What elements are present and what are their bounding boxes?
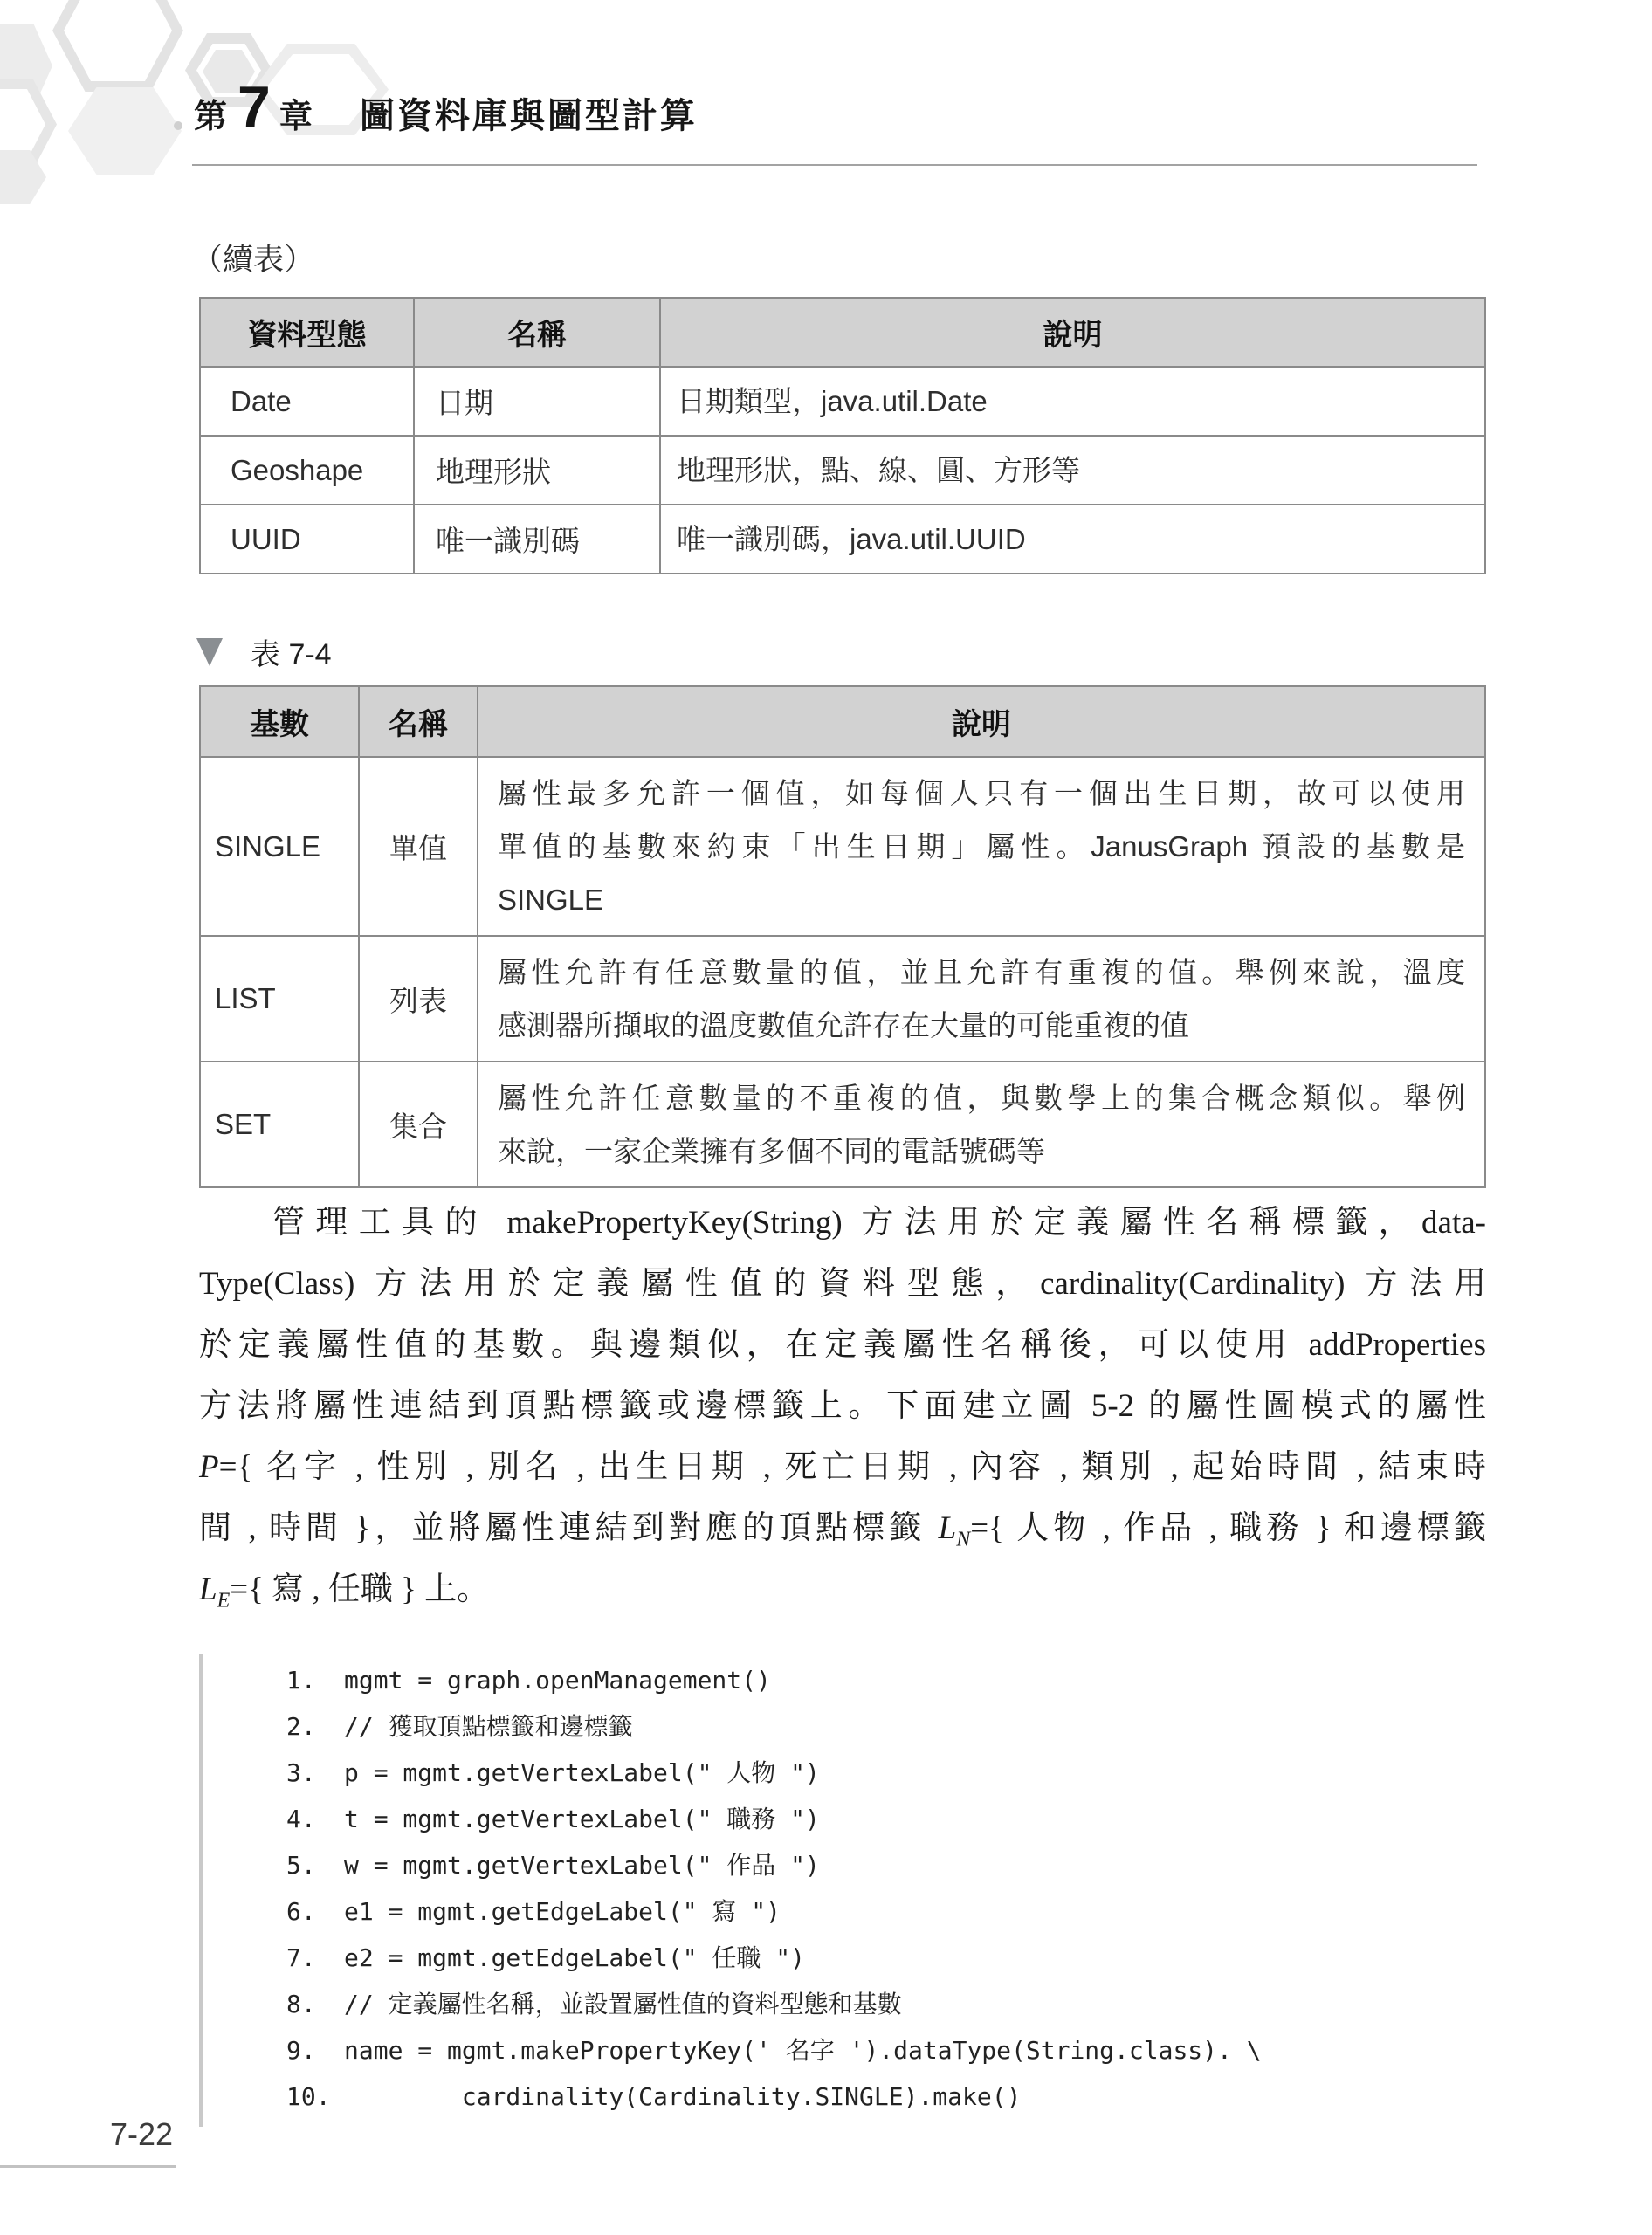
code-text: name = mgmt.makePropertyKey(' 名字 ').data… (344, 2027, 1262, 2073)
cardinality-table: 基數名稱說明 SINGLE單值屬性最多允許一個值，如每個人只有一個出生日期，故可… (199, 685, 1486, 1188)
cell-name: 地理形狀 (414, 436, 660, 505)
cell-description: 屬性允許任意數量的不重複的值，與數學上的集合概念類似。舉例來說，一家企業擁有多個… (478, 1062, 1485, 1187)
description-line: 來說，一家企業擁有多個不同的電話號碼等 (498, 1124, 1465, 1178)
cell-name: 唯一識別碼 (414, 505, 660, 574)
column-header: 名稱 (359, 686, 478, 757)
paragraph-text: ={ 寫 , 任職 } 上。 (230, 1571, 489, 1607)
code-text: w = mgmt.getVertexLabel(" 作品 ") (344, 1842, 820, 1888)
code-line: 1.mgmt = graph.openManagement() (203, 1657, 1452, 1703)
code-line-number: 9. (286, 2027, 344, 2073)
book-page: 第 7 章 圖資料庫與圖型計算 （續表） 資料型態名稱說明 Date日期日期類型… (0, 0, 1652, 2235)
cell-key: SET (200, 1062, 359, 1187)
code-line: 8.// 定義屬性名稱，並設置屬性值的資料型態和基數 (203, 1981, 1452, 2027)
code-line: 6.e1 = mgmt.getEdgeLabel(" 寫 ") (203, 1888, 1452, 1935)
column-header: 基數 (200, 686, 359, 757)
description-line: 屬性允許任意數量的不重複的值，與數學上的集合概念類似。舉例 (498, 1071, 1465, 1124)
code-line: 10. cardinality(Cardinality.SINGLE).make… (203, 2073, 1452, 2120)
description-line: 屬性允許有任意數量的值，並且允許有重複的值。舉例來說，溫度 (498, 946, 1465, 999)
cell-description: 屬性最多允許一個值，如每個人只有一個出生日期，故可以使用單值的基數來約束「出生日… (478, 757, 1485, 936)
description-line: 屬性最多允許一個值，如每個人只有一個出生日期，故可以使用 (498, 767, 1465, 820)
code-line-number: 6. (286, 1888, 344, 1935)
code-text: // 獲取頂點標籤和邊標籤 (344, 1703, 633, 1750)
cell-name: 集合 (359, 1062, 478, 1187)
paragraph-text: L (199, 1571, 217, 1607)
chapter-marker: 章 (279, 89, 313, 137)
code-text: e2 = mgmt.getEdgeLabel(" 任職 ") (344, 1935, 805, 1981)
cell-name: 單值 (359, 757, 478, 936)
code-text: // 定義屬性名稱，並設置屬性值的資料型態和基數 (344, 1981, 902, 2027)
column-header: 資料型態 (200, 298, 414, 367)
paragraph-text: E (217, 1589, 231, 1612)
code-line: 7.e2 = mgmt.getEdgeLabel(" 任職 ") (203, 1935, 1452, 1981)
description-line: SINGLE (498, 873, 1465, 926)
code-line-number: 4. (286, 1796, 344, 1842)
code-line-number: 5. (286, 1842, 344, 1888)
table-row: UUID唯一識別碼唯一識別碼，java.util.UUID (200, 505, 1485, 574)
hexagon-icon (52, 0, 183, 92)
paragraph-text: 於定義屬性值的基數。與邊類似，在定義屬性名稱後，可以使用 addProperti… (199, 1327, 1486, 1363)
description-line: 單值的基數來約束「出生日期」屬性。JanusGraph 預設的基數是 (498, 820, 1465, 873)
code-line-number: 7. (286, 1935, 344, 1981)
table-row: Geoshape地理形狀地理形狀，點、線、圓、方形等 (200, 436, 1485, 505)
paragraph-text: P (199, 1449, 219, 1485)
code-line-number: 10. (286, 2073, 344, 2120)
table-caption: 表 7-4 (196, 630, 332, 673)
code-line: 4.t = mgmt.getVertexLabel(" 職務 ") (203, 1796, 1452, 1842)
paragraph-text: ={ 名字 , 性別 , 別名 , 出生日期 , 死亡日期 , 內容 , 類別 … (219, 1449, 1486, 1485)
paragraph-line: 於定義屬性值的基數。與邊類似，在定義屬性名稱後，可以使用 addProperti… (199, 1315, 1486, 1376)
code-line-number: 3. (286, 1750, 344, 1796)
hexagon-icon (68, 87, 182, 175)
code-line: 5.w = mgmt.getVertexLabel(" 作品 ") (203, 1842, 1452, 1888)
cell-description: 地理形狀，點、線、圓、方形等 (660, 436, 1485, 505)
page-number: 7-22 (110, 2116, 173, 2152)
chapter-prefix: 第 (194, 89, 227, 137)
cell-key: Date (200, 367, 414, 436)
description-line: 地理形狀，點、線、圓、方形等 (677, 444, 1483, 497)
table-header-row: 基數名稱說明 (200, 686, 1485, 757)
chapter-header: 第 7 章 圖資料庫與圖型計算 (194, 73, 698, 141)
cell-name: 列表 (359, 936, 478, 1062)
code-text: p = mgmt.getVertexLabel(" 人物 ") (344, 1750, 820, 1796)
code-text: mgmt = graph.openManagement() (344, 1657, 771, 1703)
description-line: 唯一識別碼，java.util.UUID (677, 512, 1483, 566)
code-line: 3.p = mgmt.getVertexLabel(" 人物 ") (203, 1750, 1452, 1796)
paragraph-text: L (939, 1510, 957, 1546)
cell-description: 日期類型，java.util.Date (660, 367, 1485, 436)
paragraph-text: 間 , 時間 }，並將屬性連結到對應的頂點標籤 (199, 1510, 939, 1546)
code-line-number: 1. (286, 1657, 344, 1703)
description-line: 日期類型，java.util.Date (677, 375, 1483, 428)
cell-key: LIST (200, 936, 359, 1062)
chapter-title: 圖資料庫與圖型計算 (360, 88, 698, 138)
cell-key: SINGLE (200, 757, 359, 936)
triangle-down-icon (196, 638, 223, 666)
cell-name: 日期 (414, 367, 660, 436)
paragraph-line: LE={ 寫 , 任職 } 上。 (199, 1559, 1486, 1620)
hexagon-icon (0, 150, 46, 204)
table-row: LIST列表屬性允許有任意數量的值，並且允許有重複的值。舉例來說，溫度感測器所擷… (200, 936, 1485, 1062)
table-row: SINGLE單值屬性最多允許一個值，如每個人只有一個出生日期，故可以使用單值的基… (200, 757, 1485, 936)
paragraph-text: Type(Class) 方法用於定義屬性值的資料型態，cardinality(C… (199, 1266, 1486, 1302)
cell-key: UUID (200, 505, 414, 574)
continued-table-label: （續表） (192, 236, 314, 279)
page-footer: 7-22 (0, 2116, 176, 2168)
table-row: Date日期日期類型，java.util.Date (200, 367, 1485, 436)
paragraph-text: N (956, 1528, 970, 1551)
code-listing: 1.mgmt = graph.openManagement()2.// 獲取頂點… (199, 1654, 1452, 2127)
column-header: 說明 (660, 298, 1485, 367)
paragraph-line: 間 , 時間 }，並將屬性連結到對應的頂點標籤 LN={ 人物 , 作品 , 職… (199, 1498, 1486, 1559)
code-text: cardinality(Cardinality.SINGLE).make() (344, 2073, 1021, 2120)
paragraph-text: ={ 人物 , 作品 , 職務 } 和邊標籤 (970, 1510, 1486, 1546)
table-header-row: 資料型態名稱說明 (200, 298, 1485, 367)
column-header: 說明 (478, 686, 1485, 757)
chapter-number: 7 (237, 73, 269, 141)
code-line: 9.name = mgmt.makePropertyKey(' 名字 ').da… (203, 2027, 1452, 2073)
code-line-number: 2. (286, 1703, 344, 1750)
description-line: 感測器所擷取的溫度數值允許存在大量的可能重複的值 (498, 999, 1465, 1052)
paragraph-line: 方法將屬性連結到頂點標籤或邊標籤上。下面建立圖 5-2 的屬性圖模式的屬性 (199, 1376, 1486, 1437)
cell-description: 屬性允許有任意數量的值，並且允許有重複的值。舉例來說，溫度感測器所擷取的溫度數值… (478, 936, 1485, 1062)
header-divider (192, 164, 1477, 166)
paragraph-line: P={ 名字 , 性別 , 別名 , 出生日期 , 死亡日期 , 內容 , 類別… (199, 1437, 1486, 1498)
table-caption-label: 表 7-4 (251, 630, 332, 673)
body-paragraph: 管理工具的 makePropertyKey(String) 方法用於定義屬性名稱… (199, 1193, 1486, 1620)
cell-key: Geoshape (200, 436, 414, 505)
paragraph-line: 管理工具的 makePropertyKey(String) 方法用於定義屬性名稱… (199, 1193, 1486, 1254)
code-text: e1 = mgmt.getEdgeLabel(" 寫 ") (344, 1888, 781, 1935)
code-text: t = mgmt.getVertexLabel(" 職務 ") (344, 1796, 820, 1842)
code-line: 2.// 獲取頂點標籤和邊標籤 (203, 1703, 1452, 1750)
paragraph-text: 管理工具的 makePropertyKey(String) 方法用於定義屬性名稱… (272, 1205, 1486, 1241)
column-header: 名稱 (414, 298, 660, 367)
paragraph-line: Type(Class) 方法用於定義屬性值的資料型態，cardinality(C… (199, 1254, 1486, 1315)
code-line-number: 8. (286, 1981, 344, 2027)
table-row: SET集合屬性允許任意數量的不重複的值，與數學上的集合概念類似。舉例來說，一家企… (200, 1062, 1485, 1187)
cell-description: 唯一識別碼，java.util.UUID (660, 505, 1485, 574)
paragraph-text: 方法將屬性連結到頂點標籤或邊標籤上。下面建立圖 5-2 的屬性圖模式的屬性 (199, 1388, 1486, 1424)
chapter-dot (174, 121, 182, 130)
data-type-table: 資料型態名稱說明 Date日期日期類型，java.util.DateGeosha… (199, 297, 1486, 574)
